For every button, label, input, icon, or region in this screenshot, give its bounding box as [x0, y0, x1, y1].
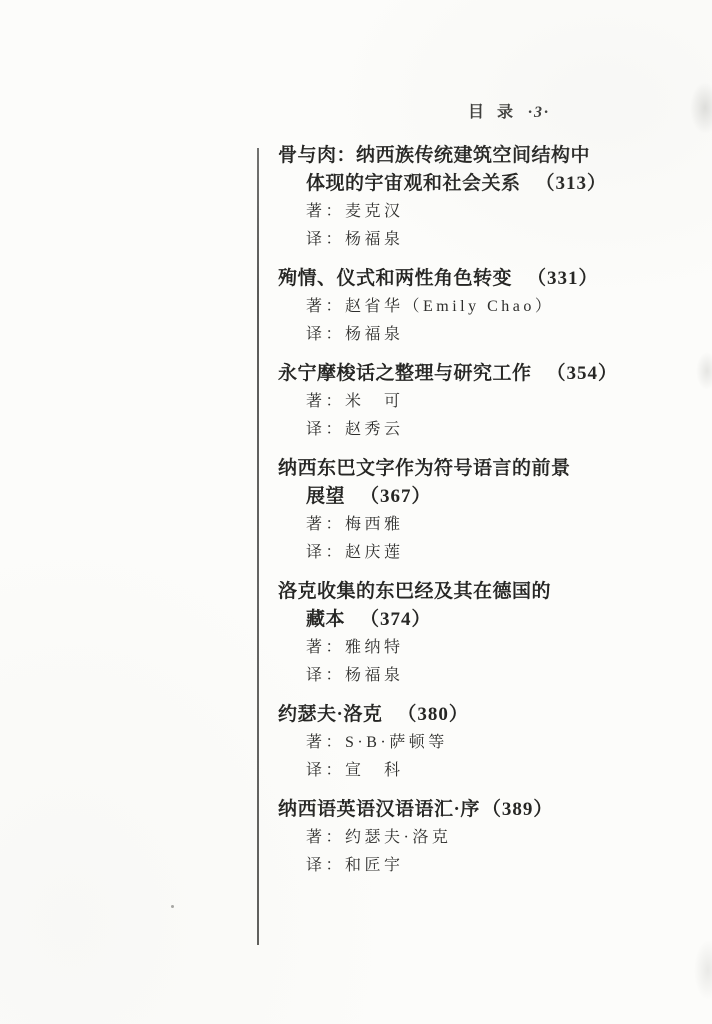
toc-entry: 纳西语英语汉语语汇·序（389） 著：约瑟夫·洛克 译：和匠宇 [278, 796, 688, 880]
entry-author: 著：梅西雅 [306, 511, 688, 539]
toc-entry: 纳西东巴文字作为符号语言的前景 展望（367） 著：梅西雅 译：赵庆莲 [278, 455, 688, 567]
running-head: 目录·3· [468, 99, 550, 122]
scan-smudge [696, 352, 712, 390]
entry-translator: 译：宣 科 [306, 757, 688, 785]
scan-speck [171, 905, 174, 908]
entry-translator: 译：杨福泉 [306, 662, 688, 690]
entry-title-text: 体现的宇宙观和社会关系 [306, 173, 521, 194]
entry-title-line: 约瑟夫·洛克（380） [278, 701, 688, 729]
toc-entry: 殉情、仪式和两性角色转变（331） 著：赵省华（Emily Chao） 译：杨福… [278, 265, 688, 349]
scanned-book-page: 目录·3· 骨与肉：纳西族传统建筑空间结构中 体现的宇宙观和社会关系（313） … [0, 0, 712, 1024]
entry-title-line: 纳西语英语汉语语汇·序（389） [278, 796, 688, 824]
running-head-page-marker: ·3· [528, 104, 550, 121]
entry-author: 著：赵省华（Emily Chao） [306, 293, 688, 321]
toc-entry: 洛克收集的东巴经及其在德国的 藏本（374） 著：雅纳特 译：杨福泉 [278, 578, 688, 690]
entry-title-line: 永宁摩梭话之整理与研究工作（354） [278, 360, 688, 388]
entry-title-line: 体现的宇宙观和社会关系（313） [306, 170, 688, 198]
entry-title-text: 约瑟夫·洛克 [278, 704, 382, 725]
toc-entry: 永宁摩梭话之整理与研究工作（354） 著：米 可 译：赵秀云 [278, 360, 688, 444]
entry-translator: 译：赵秀云 [306, 416, 688, 444]
entry-title-text: 展望 [306, 486, 345, 507]
entry-translator: 译：杨福泉 [306, 226, 688, 254]
entry-page-number: （389） [482, 799, 554, 820]
scan-smudge [690, 82, 712, 134]
entry-title-text: 纳西语英语汉语语汇·序 [278, 799, 480, 820]
entry-author: 著：米 可 [306, 388, 688, 416]
entry-author: 著：S·B·萨顿等 [306, 729, 688, 757]
entry-author: 著：麦克汉 [306, 198, 688, 226]
scan-smudge [694, 940, 712, 1000]
entry-page-number: （313） [536, 173, 608, 194]
entry-author: 著：雅纳特 [306, 634, 688, 662]
entry-translator: 译：杨福泉 [306, 321, 688, 349]
toc-entry: 骨与肉：纳西族传统建筑空间结构中 体现的宇宙观和社会关系（313） 著：麦克汉 … [278, 142, 688, 254]
entry-translator: 译：赵庆莲 [306, 539, 688, 567]
entry-page-number: （374） [360, 609, 432, 630]
entry-title-text: 洛克收集的东巴经及其在德国的 [278, 581, 551, 602]
entry-title-line: 殉情、仪式和两性角色转变（331） [278, 265, 688, 293]
entry-page-number: （331） [527, 268, 599, 289]
entry-page-number: （367） [360, 486, 432, 507]
entry-title-text: 纳西东巴文字作为符号语言的前景 [278, 458, 571, 479]
entry-title-text: 藏本 [306, 609, 345, 630]
entry-title-line: 展望（367） [306, 483, 688, 511]
entry-title-line: 藏本（374） [306, 606, 688, 634]
entry-title-text: 永宁摩梭话之整理与研究工作 [278, 363, 532, 384]
running-head-title: 目录 [468, 104, 526, 121]
binding-rule [257, 148, 259, 945]
entry-title-line: 骨与肉：纳西族传统建筑空间结构中 [278, 142, 688, 170]
toc-entry: 约瑟夫·洛克（380） 著：S·B·萨顿等 译：宣 科 [278, 701, 688, 785]
entry-title-text: 骨与肉：纳西族传统建筑空间结构中 [278, 145, 590, 166]
entry-translator: 译：和匠宇 [306, 852, 688, 880]
entry-page-number: （380） [397, 704, 469, 725]
entry-page-number: （354） [547, 363, 619, 384]
table-of-contents: 骨与肉：纳西族传统建筑空间结构中 体现的宇宙观和社会关系（313） 著：麦克汉 … [278, 142, 688, 891]
entry-title-text: 殉情、仪式和两性角色转变 [278, 268, 512, 289]
entry-title-line: 纳西东巴文字作为符号语言的前景 [278, 455, 688, 483]
entry-title-line: 洛克收集的东巴经及其在德国的 [278, 578, 688, 606]
entry-author: 著：约瑟夫·洛克 [306, 824, 688, 852]
